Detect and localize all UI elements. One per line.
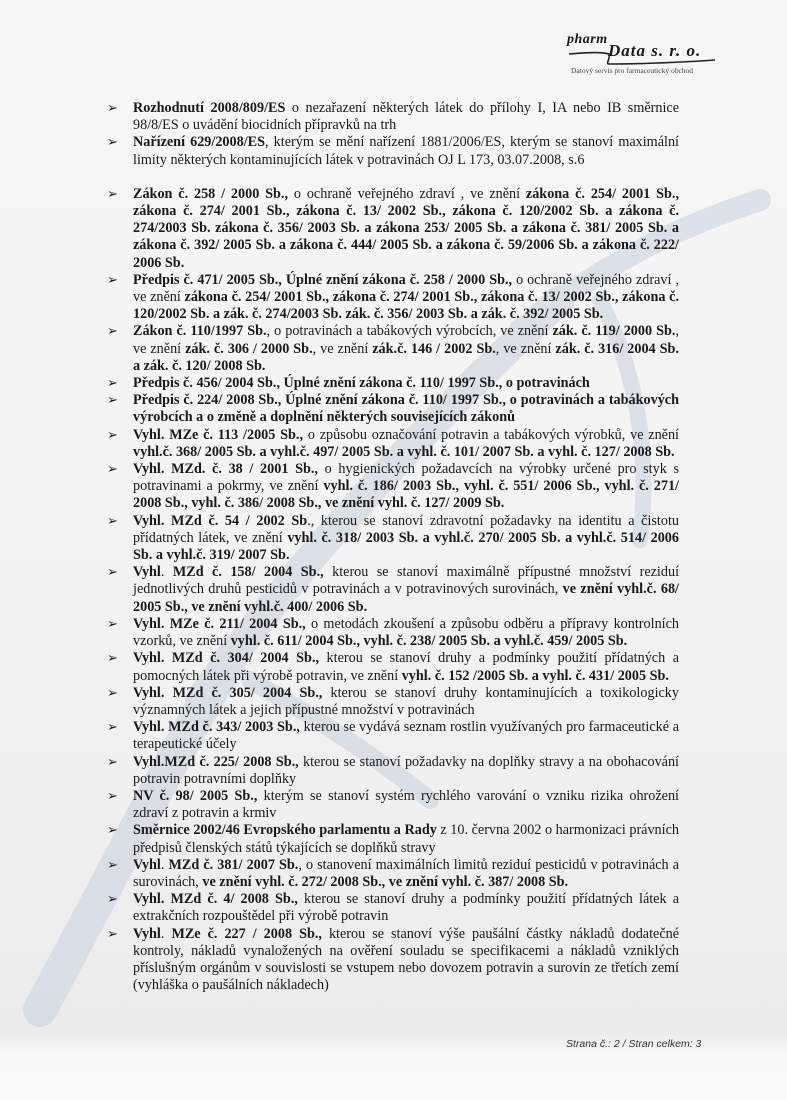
citation-text: . [161,564,173,580]
list-item: ➢Vyhl. MZe č. 211/ 2004 Sb., o metodách … [107,616,679,650]
citation-bold: Vyhl [133,564,161,580]
arrow-bullet-icon: ➢ [107,564,118,581]
citation-bold: Vyhl. MZd č. 343/ 2003 Sb., [133,719,300,735]
citation-text: o způsobu označování potravin a tabákový… [303,427,679,443]
list-item: ➢Vyhl. MZd č. 304/ 2004 Sb., kterou se s… [107,650,679,684]
legislation-list: ➢Rozhodnutí 2008/809/ES o nezařazení něk… [107,100,679,994]
citation-bold: Zákon č. 110/1997 Sb. [133,323,267,339]
arrow-bullet-icon: ➢ [107,186,118,203]
citation-bold: Vyhl. MZd č. 304/ 2004 Sb., [133,650,319,666]
list-item: ➢Vyhl. MZd č. 158/ 2004 Sb., kterou se s… [107,564,679,616]
section-gap [107,169,679,186]
list-item: ➢Rozhodnutí 2008/809/ES o nezařazení něk… [107,100,679,134]
logo-tagline: Datový servis pro farmaceutický obchod [571,66,693,75]
logo-data-text: Data s. r. o. [608,41,701,61]
list-item: ➢Vyhl. MZe č. 227 / 2008 Sb., kterou se … [107,926,679,995]
citation-bold: Vyhl. MZe č. 113 /2005 Sb., [133,427,303,443]
list-item: ➢Zákon č. 110/1997 Sb., o potravinách a … [107,323,679,375]
list-item: ➢Nařízení 629/2008/ES, kterým se mění na… [107,134,679,168]
citation-bold: Vyhl. MZe č. 211/ 2004 Sb., [133,616,306,632]
citation-bold: Vyhl [133,926,161,942]
list-item: ➢Vyhl. MZd č. 54 / 2002 Sb., kterou se s… [107,513,679,565]
arrow-bullet-icon: ➢ [107,134,118,151]
citation-text: . [161,857,169,873]
citation-bold: Vyhl. MZd. č. 38 / 2001 Sb., [133,461,318,477]
list-item: ➢Předpis č. 224/ 2008 Sb., Úplné znění z… [107,392,679,426]
arrow-bullet-icon: ➢ [107,616,118,633]
citation-bold: Vyhl [133,857,161,873]
citation-bold: Vyhl. MZd č. 4/ 2008 Sb., [133,891,298,907]
arrow-bullet-icon: ➢ [107,788,118,805]
arrow-bullet-icon: ➢ [107,754,118,771]
list-item: ➢Vyhl. MZd č. 305/ 2004 Sb., kterou se s… [107,685,679,719]
list-item: ➢Vyhl. MZd č. 4/ 2008 Sb., kterou se sta… [107,891,679,925]
citation-bold: MZd č. 381/ 2007 Sb. [169,857,299,873]
citation-text: o ochraně veřejného zdraví , ve znění [288,186,526,202]
arrow-bullet-icon: ➢ [107,685,118,702]
list-item: ➢Směrnice 2002/46 Evropského parlamentu … [107,822,679,856]
citation-bold: vyhl. č. 152 /2005 Sb. a vyhl. č. 431/ 2… [402,668,669,684]
citation-bold: Vyhl. MZd č. 54 / 2002 Sb [133,513,307,529]
citation-bold: Předpis č. 471/ 2005 Sb., Úplné znění zá… [133,272,512,288]
arrow-bullet-icon: ➢ [107,513,118,530]
citation-bold: zák. č. 119/ 2000 Sb. [553,323,676,339]
citation-bold: vyhl. č. 611/ 2004 Sb., vyhl. č. 238/ 20… [231,633,628,649]
citation-bold: ve znění vyhl. č. 272/ 2008 Sb., ve zněn… [202,874,568,890]
citation-bold: Vyhl. MZd č. 305/ 2004 Sb., [133,685,322,701]
citation-bold: Předpis č. 456/ 2004 Sb., Úplné znění zá… [133,375,590,391]
company-logo: pharm Data s. r. o. Datový servis pro fa… [565,32,720,80]
citation-bold: Zákon č. 258 / 2000 Sb., [133,186,288,202]
arrow-bullet-icon: ➢ [107,461,118,478]
document-page: pharm Data s. r. o. Datový servis pro fa… [0,0,787,1100]
citation-text: , o potravinách a tabákových výrobcích, … [267,323,553,339]
arrow-bullet-icon: ➢ [107,323,118,340]
page-number: Strana č.: 2 / Stran celkem: 3 [566,1038,701,1050]
citation-text: , ve znění [496,341,556,357]
citation-bold: zák.č. 146 / 2002 Sb. [372,341,496,357]
citation-bold: Rozhodnutí 2008/809/ES [133,100,285,116]
citation-text: , ve znění [313,341,373,357]
citation-bold: Směrnice 2002/46 Evropského parlamentu a… [133,822,437,838]
list-item: ➢Vyhl. MZe č. 113 /2005 Sb., o způsobu o… [107,427,679,461]
list-item: ➢Vyhl.MZd č. 225/ 2008 Sb., kterou se st… [107,754,679,788]
list-item: ➢Vyhl. MZd. č. 38 / 2001 Sb., o hygienic… [107,461,679,513]
citation-bold: MZe č. 227 / 2008 Sb., [171,926,322,942]
list-item: ➢Předpis č. 471/ 2005 Sb., Úplné znění z… [107,272,679,324]
arrow-bullet-icon: ➢ [107,857,118,874]
list-item: ➢Předpis č. 456/ 2004 Sb., Úplné znění z… [107,375,679,392]
citation-bold: vyhl.č. 368/ 2005 Sb. a vyhl.č. 497/ 200… [133,444,675,460]
citation-bold: NV č. 98/ 2005 Sb., [133,788,257,804]
citation-bold: MZd č. 158/ 2004 Sb., [173,564,324,580]
arrow-bullet-icon: ➢ [107,392,118,409]
arrow-bullet-icon: ➢ [107,926,118,943]
list-item: ➢NV č. 98/ 2005 Sb., kterým se stanoví s… [107,788,679,822]
arrow-bullet-icon: ➢ [107,272,118,289]
citation-bold: zákona č. 254/ 2001 Sb., zákona č. 274/ … [133,289,679,322]
citation-bold: zák. č. 306 / 2000 Sb. [185,341,313,357]
list-item: ➢Zákon č. 258 / 2000 Sb., o ochraně veře… [107,186,679,272]
arrow-bullet-icon: ➢ [107,719,118,736]
citation-bold: Nařízení 629/2008/ES [133,134,265,150]
citation-bold: Vyhl.MZd č. 225/ 2008 Sb., [133,754,299,770]
arrow-bullet-icon: ➢ [107,822,118,839]
citation-text: . [161,926,172,942]
arrow-bullet-icon: ➢ [107,375,118,392]
citation-bold: Předpis č. 224/ 2008 Sb., Úplné znění zá… [133,392,679,425]
list-item: ➢Vyhl. MZd č. 381/ 2007 Sb., o stanovení… [107,857,679,891]
arrow-bullet-icon: ➢ [107,891,118,908]
arrow-bullet-icon: ➢ [107,100,118,117]
list-item: ➢Vyhl. MZd č. 343/ 2003 Sb., kterou se v… [107,719,679,753]
arrow-bullet-icon: ➢ [107,427,118,444]
arrow-bullet-icon: ➢ [107,650,118,667]
